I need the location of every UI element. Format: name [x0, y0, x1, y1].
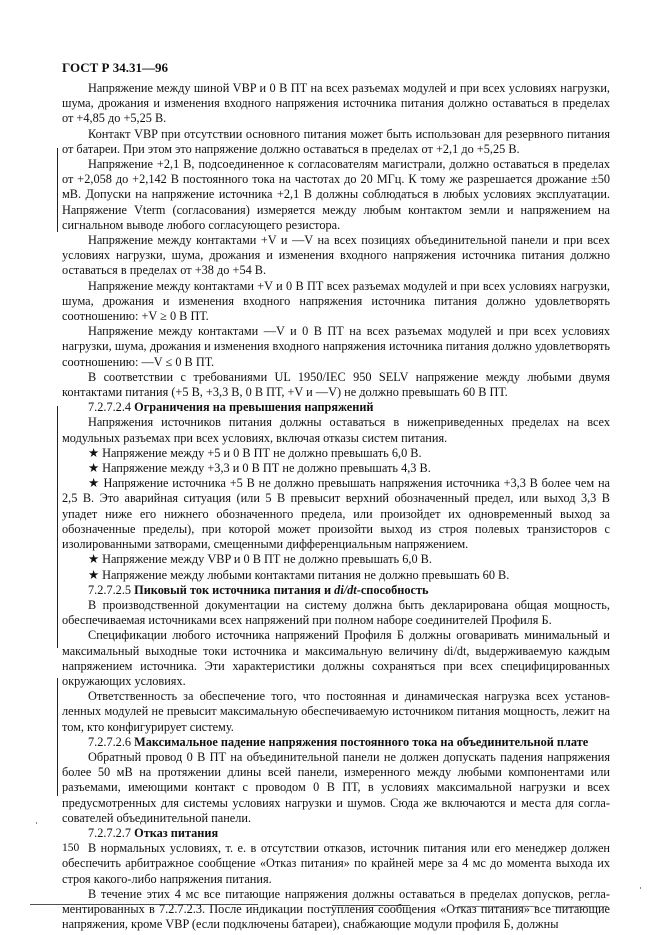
paragraph: Напряжение +2,1 В, подсоединенное к согл…: [62, 157, 610, 233]
section-title: Максимальное падение напряжения постоянн…: [134, 735, 588, 749]
section-title-part: Пиковый ток источника питания и: [134, 583, 334, 597]
change-bar: [57, 148, 58, 232]
scan-artifact-line: [332, 905, 410, 906]
section-title-italic: di/dt: [334, 583, 357, 597]
document-body: Напряжение между шиной VBP и 0 В ПТ на в…: [62, 81, 610, 932]
paragraph: Контакт VBP при отсутствии основного пит…: [62, 127, 610, 157]
bullet-item: ★ Напряжение между +5 и 0 В ПТ не должно…: [62, 446, 610, 461]
scan-artifact-line: [30, 904, 258, 905]
document-header: ГОСТ Р 34.31—96: [62, 60, 168, 76]
paragraph: Напряжение между контактами +V и —V на в…: [62, 233, 610, 279]
change-bar: [57, 406, 58, 554]
paragraph: Напряжение между шиной VBP и 0 В ПТ на в…: [62, 81, 610, 127]
paragraph: Напряжение между контактами +V и 0 В ПТ …: [62, 279, 610, 325]
section-title: Ограничения на превышения напряжений: [134, 400, 373, 414]
scan-artifact-dot: [142, 849, 143, 851]
scan-artifact-line: [458, 906, 538, 907]
paragraph: Ответственность за обеспечение того, что…: [62, 689, 610, 735]
section-title: Отказ питания: [134, 826, 218, 840]
paragraph: Напряжения источников питания должны ост…: [62, 415, 610, 445]
bullet-item: ★ Напряжение между VBP и 0 В ПТ не должн…: [62, 552, 610, 567]
bullet-item: ★ Напряжение между любыми контактами пит…: [62, 568, 610, 583]
paragraph: В соответствии с требованиями UL 1950/IE…: [62, 370, 610, 400]
scan-artifact-dot: [640, 887, 641, 889]
section-number: 7.2.7.2.6: [88, 735, 131, 749]
section-title: Пиковый ток источника питания и di/dt-сп…: [134, 583, 428, 597]
change-bar: [57, 752, 58, 796]
paragraph: В течение этих 4 мс все питающие напряже…: [62, 887, 610, 933]
bullet-item: ★ Напряжение между +3,3 и 0 В ПТ не долж…: [62, 461, 610, 476]
bullet-item: ★ Напряжение источника +5 В не должно пр…: [62, 476, 610, 552]
scan-artifact-line: [552, 906, 608, 907]
paragraph: Спецификации любого источника напряжений…: [62, 628, 610, 689]
paragraph: Напряжение между контактами —V и 0 В ПТ …: [62, 324, 610, 370]
section-heading-7-2-7-2-6: 7.2.7.2.6 Максимальное падение напряжени…: [62, 735, 610, 750]
page-number: 150: [62, 842, 79, 854]
section-heading-7-2-7-2-7: 7.2.7.2.7 Отказ питания: [62, 826, 610, 841]
section-heading-7-2-7-2-5: 7.2.7.2.5 Пиковый ток источника питания …: [62, 583, 610, 598]
section-title-part: -способность: [357, 583, 429, 597]
scan-artifact-dot: [36, 822, 37, 824]
paragraph: В нормальных условиях, т. е. в отсутстви…: [62, 841, 610, 887]
section-number: 7.2.7.2.4: [88, 400, 131, 414]
section-heading-7-2-7-2-4: 7.2.7.2.4 Ограничения на превышения напр…: [62, 400, 610, 415]
change-bar: [57, 678, 58, 760]
section-number: 7.2.7.2.5: [88, 583, 131, 597]
change-bar: [57, 538, 58, 648]
section-number: 7.2.7.2.7: [88, 826, 131, 840]
paragraph: В производственной документации на систе…: [62, 598, 610, 628]
paragraph: Обратный провод 0 В ПТ на объединительно…: [62, 750, 610, 826]
